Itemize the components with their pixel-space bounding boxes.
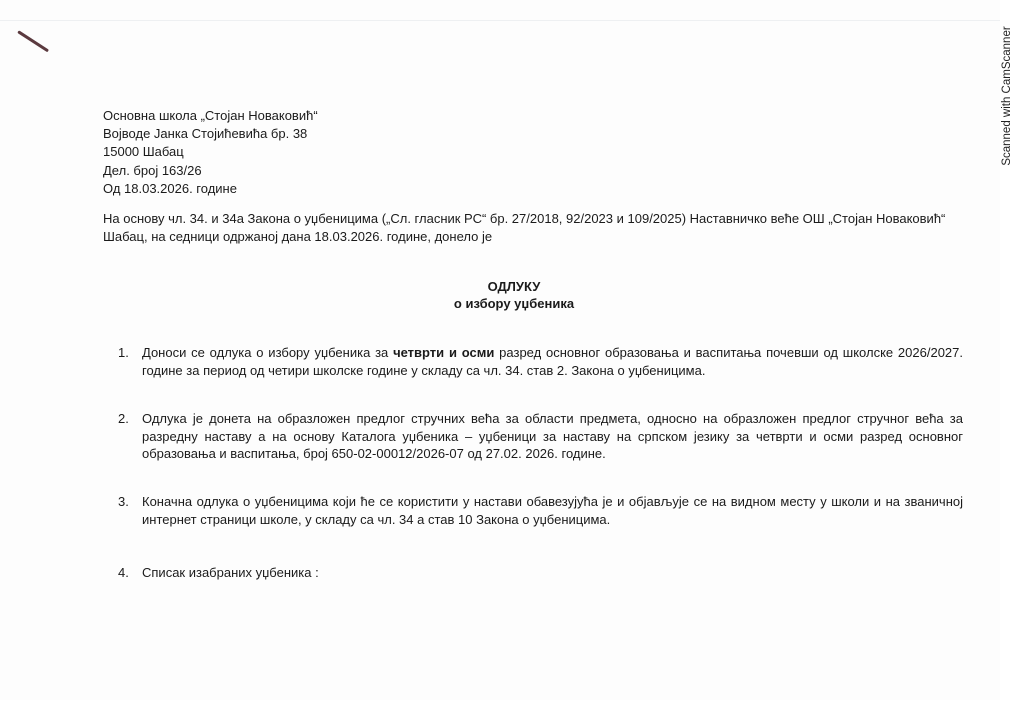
item-number: 4. <box>118 564 142 582</box>
school-address: Војводе Јанка Стојићевића бр. 38 <box>103 125 318 143</box>
watermark-text: Scanned with CamScanner <box>1001 26 1013 165</box>
title-sub: о избору уџбеника <box>0 295 1000 312</box>
item-text-part: Доноси се одлука о избору уџбеника за <box>142 345 393 360</box>
item-text: Одлука је донета на образложен предлог с… <box>142 410 963 463</box>
item-text: Коначна одлука о уџбеницима који ће се к… <box>142 493 963 528</box>
list-item: 4. Списак изабраних уџбеника : <box>118 564 963 582</box>
scan-edge-line <box>0 20 1000 21</box>
intro-paragraph: На основу чл. 34. и 34а Закона о уџбениц… <box>103 210 963 245</box>
scanned-page: Основна школа „Стојан Новаковић“ Војводе… <box>0 0 1000 700</box>
list-item: 1. Доноси се одлука о избору уџбеника за… <box>118 344 963 379</box>
list-item: 3. Коначна одлука о уџбеницима који ће с… <box>118 493 963 528</box>
document-title: ОДЛУКУ о избору уџбеника <box>0 278 1000 312</box>
document-date: Од 18.03.2026. године <box>103 180 318 198</box>
item-number: 2. <box>118 410 142 463</box>
item-number: 3. <box>118 493 142 528</box>
list-item: 2. Одлука је донета на образложен предло… <box>118 410 963 463</box>
letterhead: Основна школа „Стојан Новаковић“ Војводе… <box>103 107 318 198</box>
intro-line-1: На основу чл. 34. и 34а Закона о уџбениц… <box>103 210 963 228</box>
reference-number: Дел. број 163/26 <box>103 162 318 180</box>
item-text: Доноси се одлука о избору уџбеника за че… <box>142 344 963 379</box>
item-number: 1. <box>118 344 142 379</box>
pen-mark <box>17 30 49 52</box>
school-name: Основна школа „Стојан Новаковић“ <box>103 107 318 125</box>
item-text-bold: четврти и осми <box>393 345 494 360</box>
intro-line-2: Шабац, на седници одржаној дана 18.03.20… <box>103 228 963 246</box>
camscanner-watermark: Scanned with CamScanner <box>997 8 1017 183</box>
item-text: Списак изабраних уџбеника : <box>142 564 963 582</box>
title-main: ОДЛУКУ <box>0 278 1000 295</box>
school-city: 15000 Шабац <box>103 143 318 161</box>
